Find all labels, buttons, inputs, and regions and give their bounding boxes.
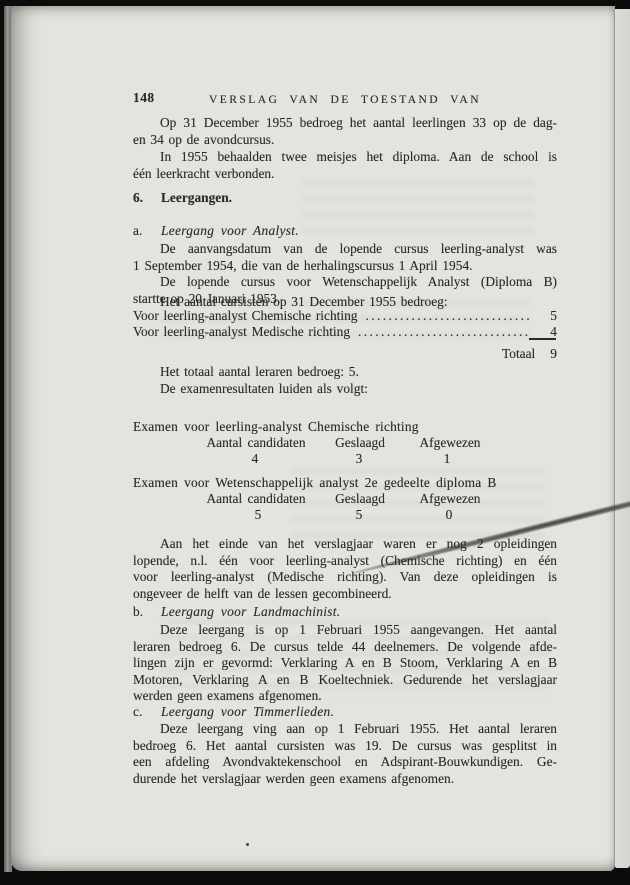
running-title: VERSLAG VAN DE TOESTAND VAN [133,92,557,109]
subsection-label: a. [133,223,161,240]
exam-column-header: Aantal candidaten [206,435,305,452]
subsection-heading-b: b. Leergang voor Landmachinist. [133,604,557,621]
paragraph-line: In 1955 behaalden twee meisjes het diplo… [133,149,557,166]
exam-column-header: Geslaagd [335,435,385,452]
section-number: 6. [133,190,161,207]
list-row: Voor leerling-analyst Medische richting … [133,324,557,341]
scanned-book-page: 148 VERSLAG VAN DE TOESTAND VAN Op 31 De… [0,0,630,885]
paragraph-line: Deze leergang ving aan op 1 Februari 195… [133,721,557,738]
paragraph-line: 1 September 1954, die van de herhalingsc… [133,258,557,275]
paragraph-line: en 34 op de avondcursus. [133,132,557,149]
next-page-edge [615,9,630,868]
total-value: 9 [550,346,557,363]
paragraph: In 1955 behaalden twee meisjes het diplo… [133,149,557,182]
page-content: 148 VERSLAG VAN DE TOESTAND VAN Op 31 De… [133,0,557,885]
subsection-title: Leergang voor Timmerlieden. [161,704,334,721]
total-rule [529,338,556,340]
exam-value: 5 [255,507,262,524]
exam-value: 1 [444,451,451,468]
paragraph-line: De aanvangsdatum van de lopende cursus l… [133,241,557,258]
paragraph-line: één leerkracht verbonden. [133,166,557,183]
paragraph-line: Op 31 December 1955 bedroeg het aantal l… [133,115,557,132]
section-heading: 6. Leergangen. [133,190,557,207]
subsection-title: Leergang voor Analyst. [161,223,299,240]
exam-table-title: Examen voor Wetenschappelijk analyst 2e … [133,475,557,492]
paragraph-line: durende het verslagjaar werden geen exam… [133,771,557,788]
paragraph-line: bedroeg 6. Het aantal cursisten was 19. … [133,738,557,755]
exam-value: 0 [446,507,453,524]
paragraph-line: Aan het einde van het verslagjaar waren … [133,536,557,553]
paragraph: De examenresultaten luiden als volgt: [133,381,557,398]
exam-value: 5 [356,507,363,524]
paragraph-line: Deze leergang is op 1 Februari 1955 aang… [133,622,557,639]
paragraph-line: werden geen examens afgenomen. [133,688,557,705]
exam-column-header: Afgewezen [420,435,481,452]
paragraph: De aanvangsdatum van de lopende cursus l… [133,241,557,274]
exam-column-header: Afgewezen [420,491,481,508]
subsection-label: b. [133,604,161,621]
paragraph: Het totaal aantal leraren bedroeg: 5. [133,364,557,381]
paragraph-line: voor leerling-analyst (Medische richting… [133,569,557,586]
exam-column-header: Geslaagd [335,491,385,508]
section-title: Leergangen. [161,190,232,207]
paragraph: Deze leergang ving aan op 1 Februari 195… [133,721,557,787]
paragraph-line: De lopende cursus voor Wetenschappelijk … [133,274,557,291]
paragraph-line: De examenresultaten luiden als volgt: [133,381,557,398]
list-value: 5 [535,308,557,325]
list-label: Voor leerling-analyst Chemische richting [133,308,357,325]
paragraph-line: Motoren, Verklaring A en B Koeltechniek.… [133,672,557,689]
paragraph-line: ongeveer de helft van de lessen gecombin… [133,586,557,603]
exam-value: 3 [356,451,363,468]
paragraph: Aan het einde van het verslagjaar waren … [133,536,557,602]
dots-leader [358,324,529,341]
total-row: Totaal 9 [133,346,559,363]
paragraph-line: Het totaal aantal leraren bedroeg: 5. [133,364,557,381]
list-label: Voor leerling-analyst Medische richting [133,324,350,341]
paragraph-line: lopende, n.l. één voor leerling-analyst … [133,553,557,570]
subsection-label: c. [133,704,161,721]
list-row: Voor leerling-analyst Chemische richting… [133,308,557,325]
paragraph-line: leraren bedroeg 6. De cursus telde 44 de… [133,639,557,656]
paragraph: Deze leergang is op 1 Februari 1955 aang… [133,622,557,705]
exam-table-title: Examen voor leerling-analyst Chemische r… [133,419,557,436]
subsection-heading-c: c. Leergang voor Timmerlieden. [133,704,557,721]
paragraph-line: lingen zijn er gevormd: Verklaring A en … [133,655,557,672]
paragraph: Op 31 December 1955 bedroeg het aantal l… [133,115,557,148]
dots-leader [365,308,529,325]
subsection-heading-a: a. Leergang voor Analyst. [133,223,557,240]
total-label: Totaal [502,346,535,363]
exam-column-header: Aantal candidaten [206,491,305,508]
paragraph-line: een afdeling Avondvaktekenschool en Adsp… [133,754,557,771]
exam-value: 4 [252,451,259,468]
subsection-title: Leergang voor Landmachinist. [161,604,340,621]
